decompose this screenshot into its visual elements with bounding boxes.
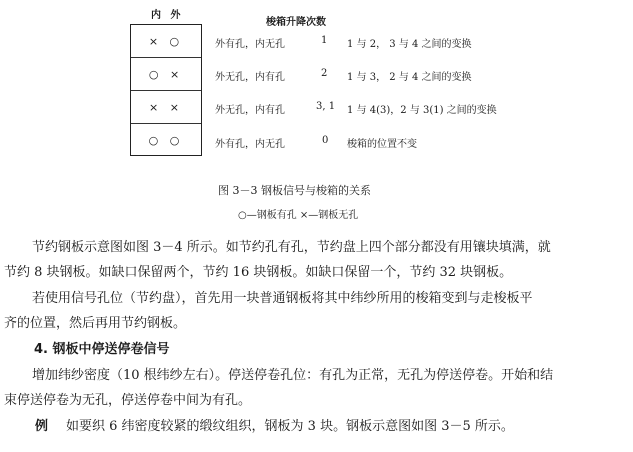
signal-row: ○ ○: [131, 124, 201, 157]
holes-desc: 外无孔，内有孔: [215, 101, 285, 116]
shift-count: 3, 1: [316, 101, 335, 112]
signal-row: × ○: [131, 25, 201, 58]
change-desc: 梭箱的位置不变: [347, 135, 417, 150]
figure-legend: ○—钢板有孔 ×—钢板无孔: [238, 206, 358, 221]
section-heading: 4. 钢板中停送停卷信号: [34, 338, 170, 357]
holes-desc: 外有孔，内无孔: [215, 35, 285, 50]
holes-desc: 外有孔，内无孔: [215, 135, 285, 150]
paragraph-line: 齐的位置，然后再用节约钢板。: [4, 312, 186, 331]
change-desc: 1 与 2， 3 与 4 之间的变换: [347, 35, 472, 50]
shift-count: 0: [322, 135, 328, 146]
example-text: 如要织 6 纬密度较紧的缎纹组织，钢板为 3 块。钢板示意图如图 3－5 所示。: [66, 415, 514, 434]
table-header: 梭箱升降次数: [266, 13, 326, 28]
figure-caption: 图 3－3 钢板信号与梭箱的关系: [218, 182, 371, 198]
signal-box: × ○ ○ × × × ○ ○: [130, 24, 202, 156]
paragraph-line: 增加纬纱密度（10 根纬纱左右）。停送停卷孔位：有孔为正常，无孔为停送停卷。开始…: [32, 364, 553, 383]
paragraph-line: 束停送停卷为无孔，停送停卷中间为有孔。: [4, 389, 251, 408]
paragraph-line: 节约钢板示意图如图 3－4 所示。如节约孔有孔，节约盘上四个部分都没有用镶块填满…: [32, 236, 551, 255]
holes-desc: 外无孔，内有孔: [215, 68, 285, 83]
shift-count: 2: [321, 68, 327, 79]
example-label: 例: [35, 415, 48, 434]
signal-row: ○ ×: [131, 58, 201, 91]
shift-count: 1: [321, 35, 327, 46]
signal-row: × ×: [131, 91, 201, 124]
change-desc: 1 与 3， 2 与 4 之间的变换: [347, 68, 472, 83]
change-desc: 1 与 4(3)，2 与 3(1) 之间的变换: [347, 101, 497, 116]
column-header: 内 外: [151, 6, 183, 21]
paragraph-line: 节约 8 块钢板。如缺口保留两个，节约 16 块钢板。如缺口保留一个，节约 32…: [4, 261, 512, 280]
paragraph-line: 若使用信号孔位（节约盘），首先用一块普通钢板将其中纬纱所用的梭箱变到与走梭板平: [32, 287, 533, 306]
